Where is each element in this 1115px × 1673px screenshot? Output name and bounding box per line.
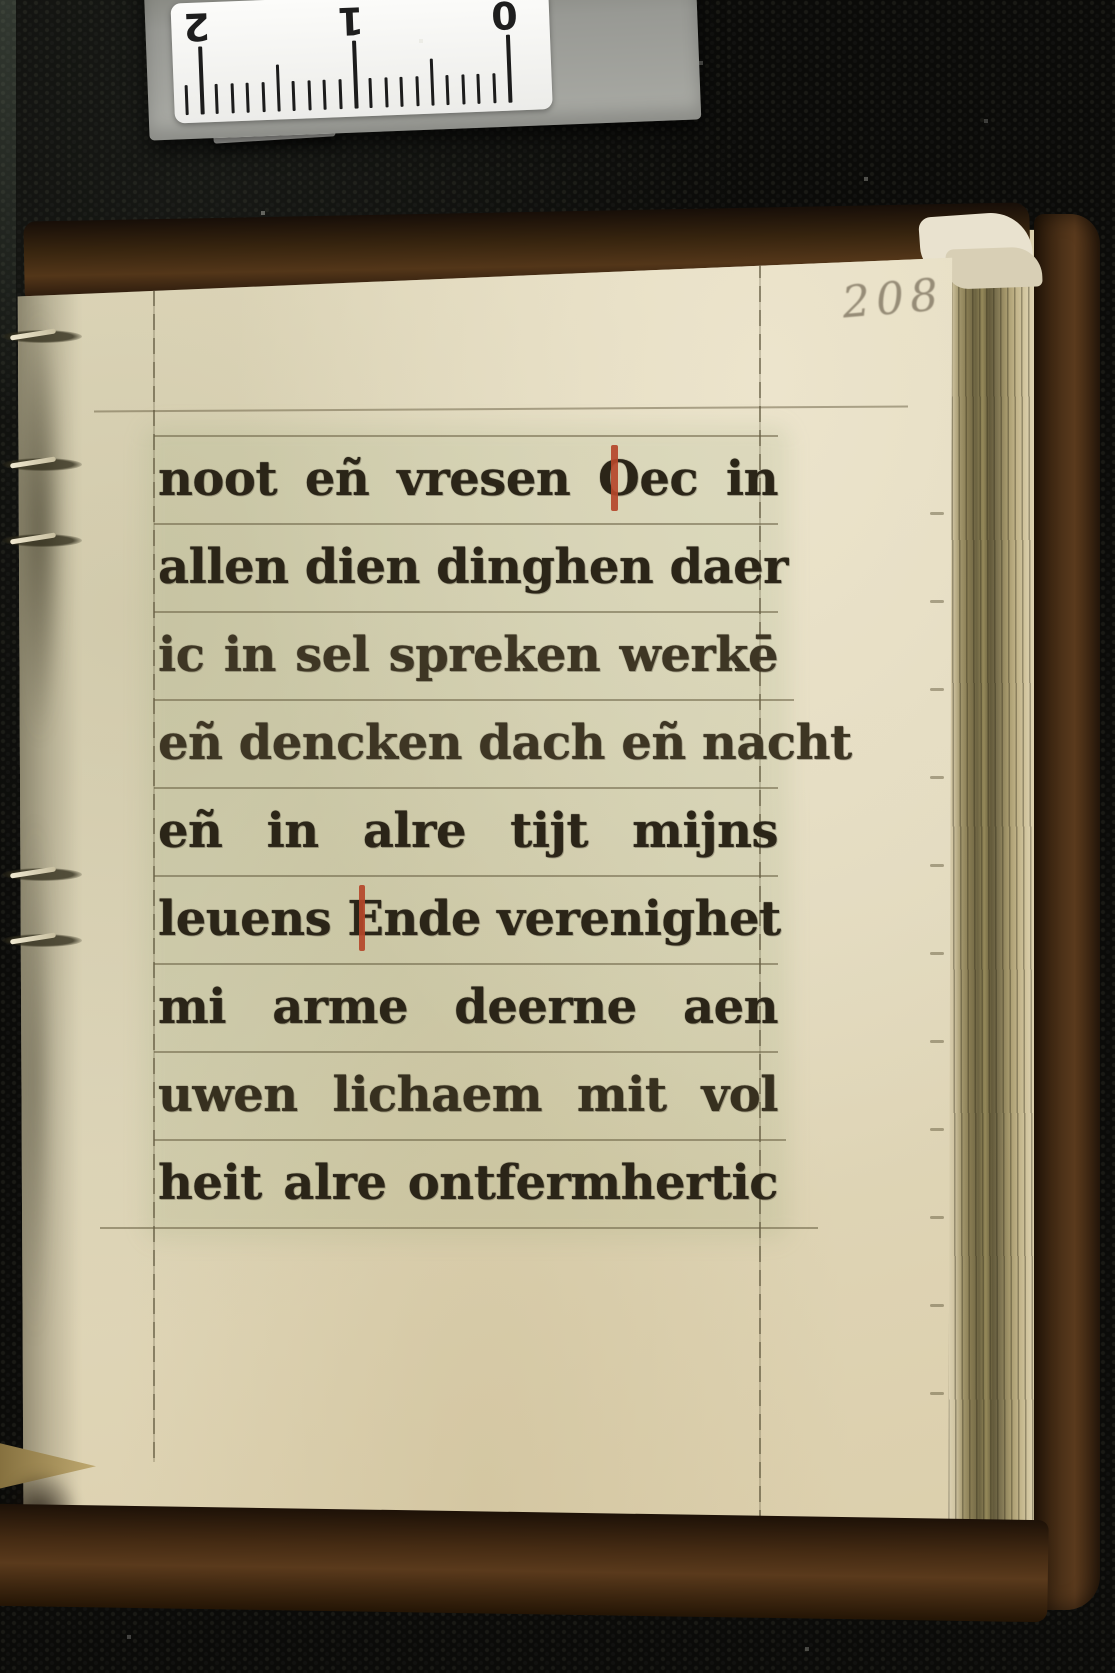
ruler-tick <box>198 46 205 114</box>
manuscript-line: eñ in alre tijt mijns <box>158 789 778 877</box>
ruler-ticks <box>178 25 547 115</box>
ruler-tick <box>230 83 234 113</box>
sewing-thread <box>2 330 82 343</box>
ruler-tick <box>338 79 342 109</box>
manuscript-line: mi arme deerne aen <box>158 965 778 1053</box>
ruler-tick <box>352 41 359 109</box>
ruler-tick <box>184 85 188 115</box>
ruler-tick <box>323 80 327 110</box>
ruler-tick <box>506 35 513 103</box>
ruler-tick <box>246 83 250 113</box>
line-text: nde verenighet <box>383 891 780 947</box>
sewing-thread <box>2 934 82 947</box>
line-text: eñ in alre tijt mijns <box>158 803 778 859</box>
ruler-tick <box>461 74 465 104</box>
line-text: eñ dencken dach eñ nacht <box>158 715 852 771</box>
manuscript-photo: 2 1 0 208 noot eñ vresen Oec in allen di… <box>0 0 1115 1673</box>
manuscript-line: leuens Ende verenighet <box>158 877 778 965</box>
ruler-tick <box>415 76 419 106</box>
line-text: leuens <box>158 891 347 947</box>
line-text: mi arme deerne aen <box>158 979 778 1035</box>
ruler-tick <box>215 84 219 114</box>
rubricated-initial: O <box>598 437 639 521</box>
sewing-thread <box>2 534 82 547</box>
line-text: ic in sel spreken werkē <box>158 627 778 683</box>
ruler-tick <box>307 80 311 110</box>
leather-right-edge <box>1034 214 1100 1610</box>
line-text: allen dien dinghen daer <box>158 539 788 595</box>
torn-page-corner <box>945 246 1042 289</box>
ruler-tick <box>446 75 450 105</box>
manuscript-line: noot eñ vresen Oec in <box>158 437 778 525</box>
ruler-tick <box>369 78 373 108</box>
ruler-tick <box>261 82 265 112</box>
glass-edge-reflection <box>0 0 16 420</box>
page-edges-stack <box>944 230 1045 1566</box>
leather-bottom-edge <box>0 1504 1049 1623</box>
ruler-tick <box>384 77 388 107</box>
line-text: heit alre ontfermhertic <box>158 1155 778 1211</box>
text-block: noot eñ vresen Oec in allen dien dinghen… <box>14 250 954 1542</box>
line-text: ec in <box>639 451 778 507</box>
ruler-strip: 2 1 0 <box>170 0 552 124</box>
ruler-tick <box>400 77 404 107</box>
manuscript-line: uwen lichaem mit vol <box>158 1053 778 1141</box>
rubricated-initial: E <box>347 877 383 961</box>
ruler-tick <box>477 74 481 104</box>
ruler-card: 2 1 0 <box>143 0 702 141</box>
manuscript-line: allen dien dinghen daer <box>158 525 778 613</box>
manuscript-page: 208 noot eñ vresen Oec in allen dien din… <box>14 250 954 1542</box>
line-text: noot eñ vresen <box>158 451 598 507</box>
ruler-tick <box>276 65 281 112</box>
manuscript-line: ic in sel spreken werkē <box>158 613 778 701</box>
sewing-thread <box>2 868 82 881</box>
ruler-tick <box>492 73 496 103</box>
manuscript-line: heit alre ontfermhertic <box>158 1141 778 1229</box>
manuscript-line: eñ dencken dach eñ nacht <box>158 701 778 789</box>
dust-specks <box>0 0 2 2</box>
ruler-tick <box>292 81 296 111</box>
sewing-thread <box>2 458 82 471</box>
line-text: uwen lichaem mit vol <box>158 1067 778 1123</box>
ruler-tick <box>430 59 435 106</box>
